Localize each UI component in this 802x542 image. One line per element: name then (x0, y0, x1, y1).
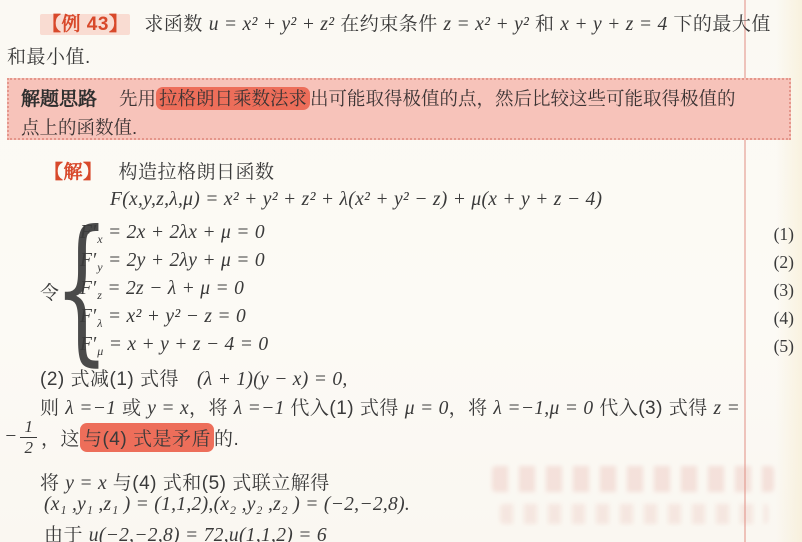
problem-text: 在约束条件 (334, 14, 443, 35)
equation-row: F′z = 2z − λ + μ = 0 (3) (0, 278, 802, 306)
solution-points-formula: (x₁ ,y₁ ,z₁ ) = (1,1,2),(x₂ ,y₂ ,z₂ ) = … (44, 494, 410, 516)
constraint-2-formula: x + y + z = 4 (560, 14, 667, 35)
problem-statement-line1: 【例 43】求函数 u = x² + y² + z² 在约束条件 z = x² … (40, 9, 771, 36)
evaluation-line: 由于 u(−2,−2,8) = 72,u(1,1,2) = 6 (44, 520, 327, 542)
step-formula: y = x (65, 473, 107, 494)
eq-number: (1) (774, 224, 794, 245)
step-text: (2) 式减(1) 式得 (40, 369, 179, 390)
minus-sign: − (4, 426, 17, 448)
constraint-1-formula: z = x² + y² (443, 14, 529, 35)
evaluation-formula: u(−2,−2,8) = 72,u(1,1,2) = 6 (89, 525, 327, 542)
step-text: 由于 (44, 525, 89, 542)
hint-line2: 点上的函数值. (21, 114, 777, 141)
solution-intro-text: 构造拉格朗日函数 (119, 162, 275, 183)
step-formula: λ =−1 (234, 398, 285, 419)
step-formula: λ =−1,μ = 0 (493, 398, 593, 419)
fraction-denominator: 2 (24, 438, 33, 457)
eq-lhs: F′ (80, 306, 96, 327)
hint-text: 出可能取得极值的点，然后比较这些可能取得极值的 (310, 88, 736, 109)
highlighted-contradiction: 与(4) 式是矛盾 (80, 423, 214, 452)
eq-number: (2) (774, 252, 794, 273)
step-subtract-line: (2) 式减(1) 式得(λ + 1)(y − x) = 0, (40, 364, 348, 391)
bleed-through-ghost-text (500, 504, 768, 524)
problem-text: 下的最大值 (668, 14, 771, 35)
hint-line1: 解题思路先用拉格朗日乘数法求出可能取得极值的点，然后比较这些可能取得极值的 (21, 85, 777, 114)
step-text: 的. (214, 424, 239, 451)
eq-number: (5) (774, 336, 794, 357)
hint-title: 解题思路 (21, 89, 97, 110)
hint-text: 先用 (119, 88, 156, 109)
equation-row: F′λ = x² + y² − z = 0 (4) (0, 306, 802, 334)
step-formula: μ = 0 (405, 398, 449, 419)
eq-number: (3) (774, 280, 794, 301)
step-text: 将 (40, 473, 65, 494)
step-text: 与(4) 式和(5) 式联立解得 (107, 473, 330, 494)
step-text: 代入(3) 式得 (593, 398, 713, 419)
eq-body: = 2z − λ + μ = 0 (102, 278, 244, 299)
equation-row: F′μ = x + y + z − 4 = 0 (5) (0, 334, 802, 362)
fraction-one-half: 1 2 (20, 418, 37, 457)
example-label: 【例 43】 (40, 14, 130, 35)
equation-row: F′y = 2y + 2λy + μ = 0 (2) (0, 250, 802, 278)
eq-body: = 2y + 2λy + μ = 0 (103, 250, 265, 271)
lagrange-function-formula: F(x,y,z,λ,μ) = x² + y² + z² + λ(x² + y² … (110, 189, 602, 211)
contradiction-line: − 1 2 ，这与(4) 式是矛盾的. (4, 413, 239, 461)
solve-label: 【解】 (44, 162, 103, 183)
eq-lhs: F′ (80, 278, 96, 299)
step-formula: z = (714, 398, 741, 419)
problem-text: 和 (529, 14, 560, 35)
eq-body: = x + y + z − 4 = 0 (104, 334, 269, 355)
step-solve-line: 将 y = x 与(4) 式和(5) 式联立解得 (40, 468, 330, 495)
highlighted-method: 拉格朗日乘数法求 (156, 87, 310, 110)
step-formula: (λ + 1)(y − x) = 0, (197, 369, 348, 390)
solution-intro-line: 【解】构造拉格朗日函数 (44, 157, 275, 184)
eq-body: = 2x + 2λx + μ = 0 (103, 222, 265, 243)
problem-text: 求函数 (144, 14, 208, 35)
problem-statement-line2: 和最小值. (7, 42, 91, 69)
hint-box: 解题思路先用拉格朗日乘数法求出可能取得极值的点，然后比较这些可能取得极值的 点上… (7, 78, 791, 140)
bleed-through-ghost-text (492, 466, 774, 492)
eq-body: = x² + y² − z = 0 (103, 306, 246, 327)
step-text: 代入(1) 式得 (285, 398, 405, 419)
equation-row: F′x = 2x + 2λx + μ = 0 (1) (0, 222, 802, 250)
eq-lhs: F′ (80, 222, 96, 243)
step-text: ，这 (41, 424, 80, 451)
step-text: ，将 (449, 398, 494, 419)
fraction-numerator: 1 (20, 418, 37, 438)
eq-number: (4) (774, 308, 794, 329)
function-formula: u = x² + y² + z² (209, 14, 335, 35)
equation-system: 令 { F′x = 2x + 2λx + μ = 0 (1) F′y = 2y … (0, 220, 802, 366)
eq-lhs: F′ (80, 334, 96, 355)
eq-lhs: F′ (80, 250, 96, 271)
